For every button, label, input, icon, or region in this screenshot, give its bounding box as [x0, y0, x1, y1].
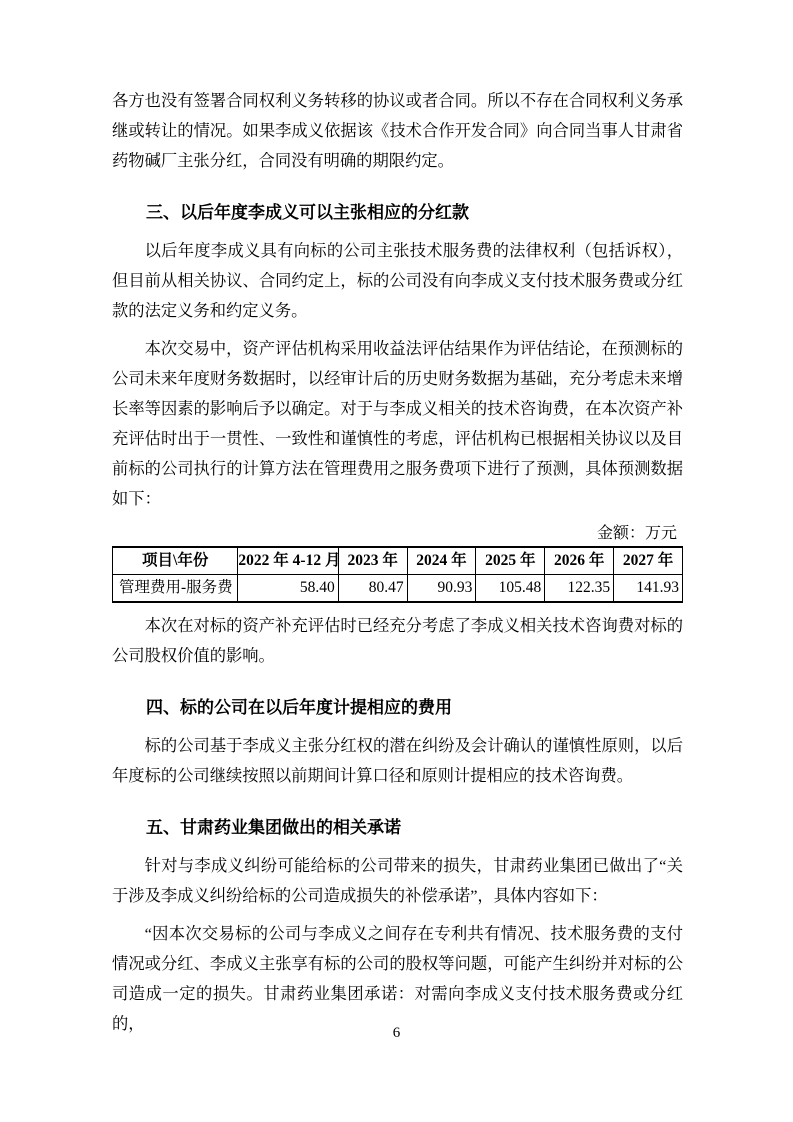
table-header-row: 项目\年份 2022 年 4-12 月 2023 年 2024 年 2025 年…	[113, 547, 683, 575]
table-unit-caption: 金额：万元	[112, 524, 677, 544]
table-cell: 90.93	[407, 575, 476, 603]
section-3-paragraph-1: 以后年度李成义具有向标的公司主张技术服务费的法律权利（包括诉权），但目前从相关协…	[112, 236, 683, 326]
table-row-label: 管理费用-服务费	[113, 575, 238, 603]
table-header-cell: 2027 年	[614, 547, 683, 575]
table-row: 管理费用-服务费 58.40 80.47 90.93 105.48 122.35…	[113, 575, 683, 603]
forecast-table: 项目\年份 2022 年 4-12 月 2023 年 2024 年 2025 年…	[112, 546, 683, 603]
table-cell: 141.93	[614, 575, 683, 603]
section-3-paragraph-2: 本次交易中，资产评估机构采用收益法评估结果作为评估结论，在预测标的公司未来年度财…	[112, 334, 683, 514]
section-4-paragraph-1: 标的公司基于李成义主张分红权的潜在纠纷及会计确认的谨慎性原则，以后年度标的公司继…	[112, 731, 683, 791]
section-5-paragraph-1: 针对与李成义纠纷可能给标的公司带来的损失，甘肃药业集团已做出了“关于涉及李成义纠…	[112, 851, 683, 911]
document-page: 各方也没有签署合同权利义务转移的协议或者合同。所以不存在合同权利义务承继或转让的…	[0, 0, 793, 1122]
page-number: 6	[0, 1024, 793, 1042]
section-4-heading: 四、标的公司在以后年度计提相应的费用	[112, 693, 683, 723]
table-header-cell: 2022 年 4-12 月	[238, 547, 338, 575]
page-content: 各方也没有签署合同权利义务转移的协议或者合同。所以不存在合同权利义务承继或转让的…	[112, 86, 683, 1047]
continuation-paragraph: 各方也没有签署合同权利义务转移的协议或者合同。所以不存在合同权利义务承继或转让的…	[112, 86, 683, 176]
table-header-cell: 2026 年	[545, 547, 614, 575]
table-cell: 105.48	[476, 575, 545, 603]
section-3-paragraph-3: 本次在对标的资产补充评估时已经充分考虑了李成义相关技术咨询费对标的公司股权价值的…	[112, 611, 683, 671]
section-5-paragraph-2: “因本次交易标的公司与李成义之间存在专利共有情况、技术服务费的支付情况或分红、李…	[112, 919, 683, 1039]
table-cell: 58.40	[238, 575, 338, 603]
table-header-cell: 项目\年份	[113, 547, 238, 575]
table-header-cell: 2023 年	[338, 547, 407, 575]
section-5-heading: 五、甘肃药业集团做出的相关承诺	[112, 813, 683, 843]
table-cell: 122.35	[545, 575, 614, 603]
table-header-cell: 2025 年	[476, 547, 545, 575]
section-3-heading: 三、以后年度李成义可以主张相应的分红款	[112, 198, 683, 228]
table-header-cell: 2024 年	[407, 547, 476, 575]
table-cell: 80.47	[338, 575, 407, 603]
